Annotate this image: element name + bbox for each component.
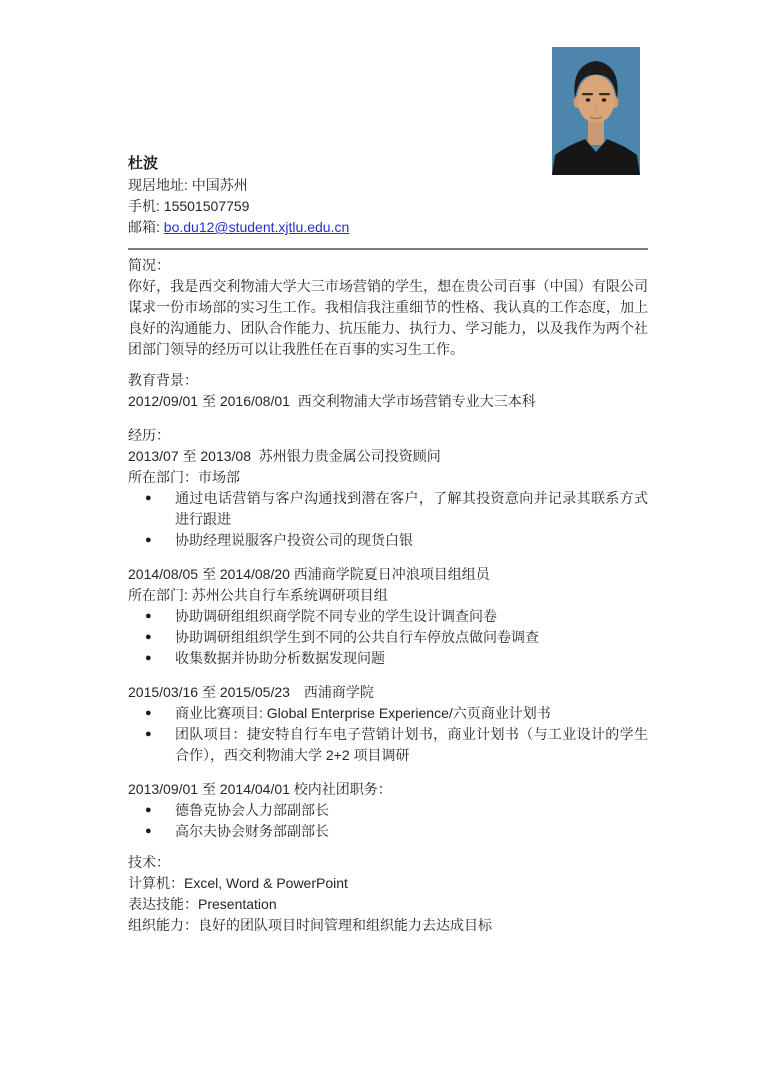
experience-entry-title: 2013/09/01 至 2014/04/01 校内社团职务： <box>128 779 648 800</box>
email-line: 邮箱: bo.du12@student.xjtlu.edu.cn <box>128 217 648 238</box>
email-link[interactable]: bo.du12@student.xjtlu.edu.cn <box>164 219 349 235</box>
experience-entry: 2014/08/05 至 2014/08/20 西浦商学院夏日冲浪项目组组员 所… <box>128 564 648 669</box>
skill-organization: 组织能力：良好的团队项目时间管理和组织能力去达成目标 <box>128 915 648 936</box>
experience-entry: 2013/07 至 2013/08 苏州银力贵金属公司投资顾问 所在部门：市场部… <box>128 446 648 551</box>
education-section: 教育背景： 2012/09/01 至 2016/08/01 西交利物浦大学市场营… <box>128 370 648 412</box>
experience-entry: 2013/09/01 至 2014/04/01 校内社团职务： 德鲁克协会人力部… <box>128 779 648 842</box>
email-label: 邮箱: <box>128 219 164 235</box>
summary-text: 你好，我是西交利物浦大学大三市场营销的学生，想在贵公司百事（中国）有限公司谋求一… <box>128 276 648 360</box>
experience-entry: 2015/03/16 至 2015/05/23 西浦商学院 商业比赛项目: Gl… <box>128 682 648 766</box>
education-heading: 教育背景： <box>128 370 648 391</box>
experience-bullet-list: 通过电话营销与客户沟通找到潜在客户，了解其投资意向并记录其联系方式进行跟进 协助… <box>128 488 648 551</box>
experience-entry-department: 所在部门: 苏州公共自行车系统调研项目组 <box>128 585 648 606</box>
experience-bullet: 德鲁克协会人力部副部长 <box>128 800 648 821</box>
experience-entry-title: 2015/03/16 至 2015/05/23 西浦商学院 <box>128 682 648 703</box>
experience-bullet: 团队项目：捷安特自行车电子营销计划书，商业计划书（与工业设计的学生合作），西交利… <box>128 724 648 766</box>
experience-heading: 经历： <box>128 425 648 446</box>
experience-bullet: 高尔夫协会财务部副部长 <box>128 821 648 842</box>
skills-heading: 技术： <box>128 852 648 873</box>
address-line: 现居地址: 中国苏州 <box>128 175 648 196</box>
resume-page: 杜波 现居地址: 中国苏州 手机: 15501507759 邮箱: bo.du1… <box>0 0 768 1087</box>
phone-line: 手机: 15501507759 <box>128 196 648 217</box>
skill-presentation: 表达技能：Presentation <box>128 894 648 915</box>
education-entry: 2012/09/01 至 2016/08/01 西交利物浦大学市场营销专业大三本… <box>128 391 648 412</box>
experience-entry-title: 2014/08/05 至 2014/08/20 西浦商学院夏日冲浪项目组组员 <box>128 564 648 585</box>
summary-heading: 简况： <box>128 255 648 276</box>
experience-bullet-list: 商业比赛项目: Global Enterprise Experience/六页商… <box>128 703 648 766</box>
experience-bullet: 协助调研组组织学生到不同的公共自行车停放点做问卷调查 <box>128 627 648 648</box>
summary-section: 简况： 你好，我是西交利物浦大学大三市场营销的学生，想在贵公司百事（中国）有限公… <box>128 255 648 360</box>
divider <box>128 248 648 250</box>
experience-entry-title: 2013/07 至 2013/08 苏州银力贵金属公司投资顾问 <box>128 446 648 467</box>
skills-section: 技术： 计算机：Excel, Word & PowerPoint 表达技能：Pr… <box>128 852 648 936</box>
experience-bullet: 收集数据并协助分析数据发现问题 <box>128 648 648 669</box>
experience-bullet-list: 德鲁克协会人力部副部长 高尔夫协会财务部副部长 <box>128 800 648 842</box>
experience-bullet: 协助调研组组织商学院不同专业的学生设计调查问卷 <box>128 606 648 627</box>
experience-bullet: 协助经理说服客户投资公司的现货白银 <box>128 530 648 551</box>
experience-entry-department: 所在部门：市场部 <box>128 467 648 488</box>
skill-computer: 计算机：Excel, Word & PowerPoint <box>128 873 648 894</box>
experience-bullet-list: 协助调研组组织商学院不同专业的学生设计调查问卷 协助调研组组织学生到不同的公共自… <box>128 606 648 669</box>
experience-section: 经历： 2013/07 至 2013/08 苏州银力贵金属公司投资顾问 所在部门… <box>128 425 648 842</box>
profile-photo <box>552 47 640 175</box>
experience-bullet: 商业比赛项目: Global Enterprise Experience/六页商… <box>128 703 648 724</box>
experience-bullet: 通过电话营销与客户沟通找到潜在客户，了解其投资意向并记录其联系方式进行跟进 <box>128 488 648 530</box>
